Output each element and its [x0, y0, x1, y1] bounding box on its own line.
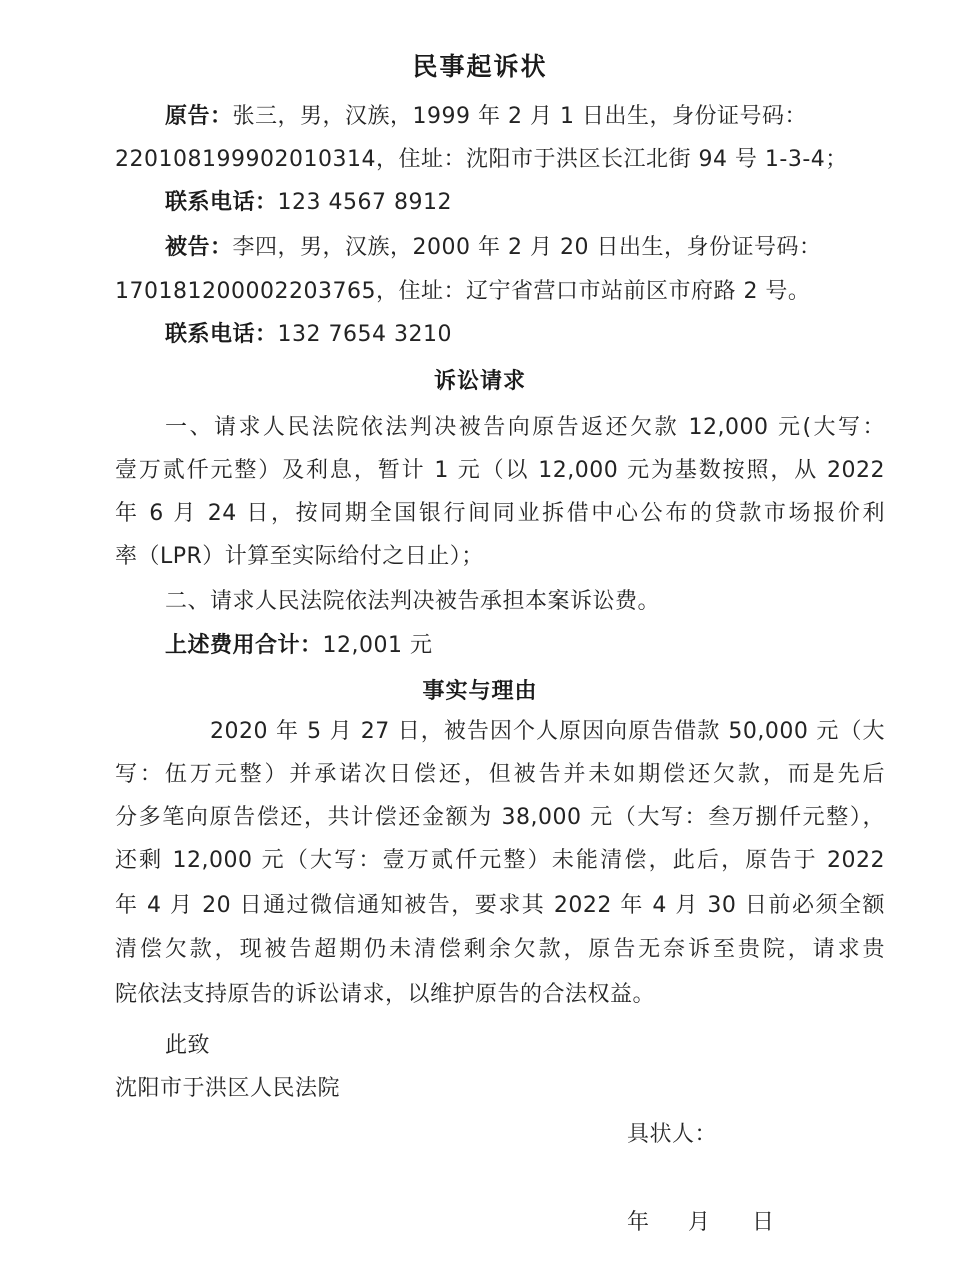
claim-line-1: 一、请求人民法院依法判决被告向原告返还欠款 12,000 元(大写：: [165, 413, 885, 443]
facts-line-2: 写：伍万元整）并承诺次日偿还，但被告并未如期偿还欠款，而是先后: [115, 760, 885, 790]
facts-line-7: 院依法支持原告的诉讼请求，以维护原告的合法权益。: [115, 980, 655, 1010]
claims-total-value: 12,001 元: [323, 633, 433, 658]
facts-line-5: 年 4 月 20 日通过微信通知被告，要求其 2022 年 4 月 30 日前必…: [115, 891, 885, 921]
facts-line-4: 还剩 12,000 元（大写：壹万贰仟元整）未能清偿，此后，原告于 2022: [115, 846, 885, 876]
defendant-details: 李四，男，汉族，2000 年 2 月 20 日出生，身份证号码：: [233, 235, 822, 260]
facts-heading: 事实与理由: [0, 677, 960, 707]
facts-line-3: 分多笔向原告偿还，共计偿还金额为 38,000 元（大写：叁万捌仟元整），: [115, 803, 885, 833]
closing-salutation: 此致: [165, 1031, 210, 1061]
defendant-info-line-1: 被告：李四，男，汉族，2000 年 2 月 20 日出生，身份证号码：: [165, 233, 821, 263]
defendant-label: 被告：: [165, 235, 233, 260]
complaint-document: 民事起诉状 原告：张三，男，汉族，1999 年 2 月 1 日出生，身份证号码：…: [0, 0, 960, 1280]
claim-line-5: 二、请求人民法院依法判决被告承担本案诉讼费。: [165, 587, 660, 617]
facts-line-1: 2020 年 5 月 27 日，被告因个人原因向原告借款 50,000 元（大: [210, 717, 885, 747]
defendant-phone-line: 联系电话：132 7654 3210: [165, 320, 452, 350]
defendant-info-line-2: 170181200002203765，住址：辽宁省营口市站前区市府路 2 号。: [115, 277, 810, 307]
defendant-phone-label: 联系电话：: [165, 322, 278, 347]
claims-total-line: 上述费用合计：12,001 元: [165, 631, 433, 661]
plaintiff-info-line-2: 220108199902010314，住址：沈阳市于洪区长江北街 94 号 1-…: [115, 145, 848, 175]
date-year-label: 年: [627, 1208, 650, 1238]
claim-line-3: 年 6 月 24 日，按同期全国银行间同业拆借中心公布的贷款市场报价利: [115, 499, 885, 529]
plaintiff-phone-label: 联系电话：: [165, 190, 278, 215]
defendant-phone: 132 7654 3210: [278, 322, 452, 347]
plaintiff-info-line-1: 原告：张三，男，汉族，1999 年 2 月 1 日出生，身份证号码：: [165, 102, 807, 132]
plaintiff-phone-line: 联系电话：123 4567 8912: [165, 188, 452, 218]
claim-line-4: 率（LPR）计算至实际给付之日止）；: [115, 542, 484, 572]
claim-line-2: 壹万贰仟元整）及利息，暂计 1 元（以 12,000 元为基数按照，从 2022: [115, 456, 885, 486]
date-month-label: 月: [688, 1208, 711, 1238]
facts-line-6: 清偿欠款，现被告超期仍未清偿剩余欠款，原告无奈诉至贵院，请求贵: [115, 935, 885, 965]
document-title: 民事起诉状: [0, 52, 960, 82]
plaintiff-phone: 123 4567 8912: [278, 190, 452, 215]
date-day-label: 日: [752, 1208, 775, 1238]
signer-label: 具状人：: [627, 1120, 717, 1150]
plaintiff-details: 张三，男，汉族，1999 年 2 月 1 日出生，身份证号码：: [233, 104, 807, 129]
claims-heading: 诉讼请求: [0, 367, 960, 397]
closing-court-name: 沈阳市于洪区人民法院: [115, 1074, 340, 1104]
plaintiff-label: 原告：: [165, 104, 233, 129]
claims-total-label: 上述费用合计：: [165, 633, 323, 658]
